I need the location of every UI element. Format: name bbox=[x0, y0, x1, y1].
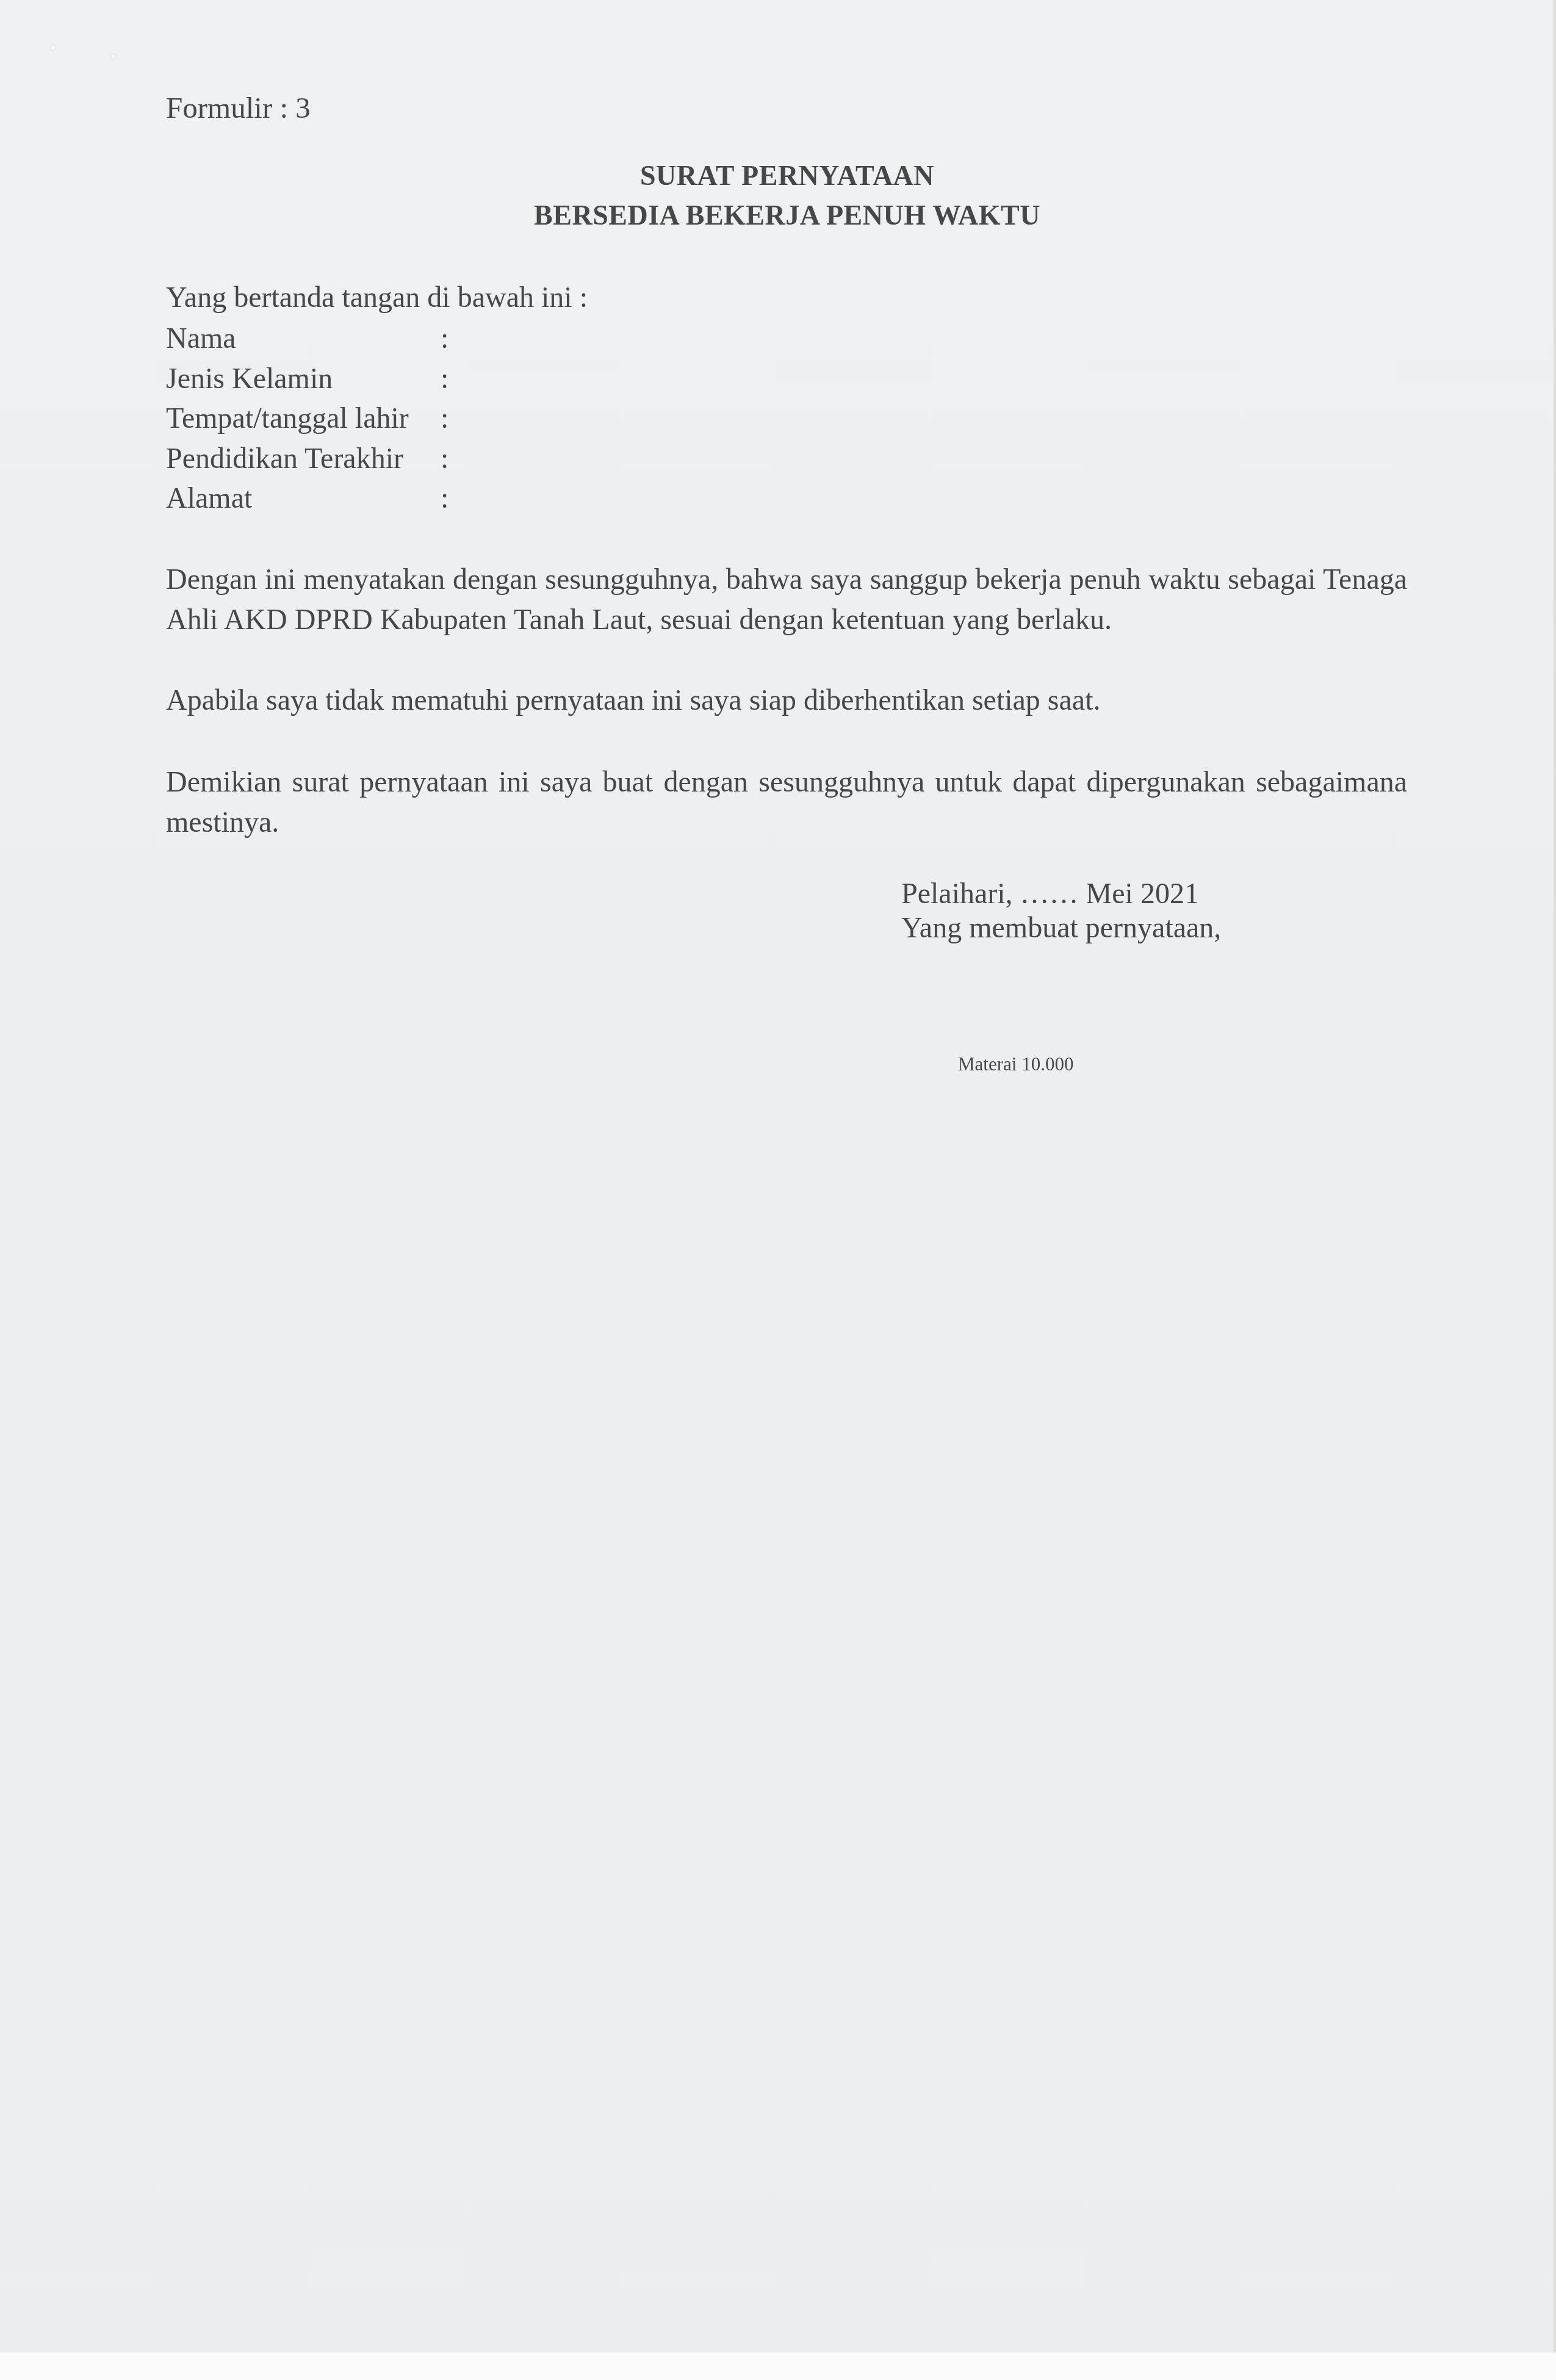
field-label: Tempat/tanggal lahir bbox=[166, 404, 409, 433]
field-separator: : bbox=[441, 404, 448, 433]
document-title: SURAT PERNYATAAN bbox=[0, 162, 1556, 190]
signer-label: Yang membuat pernyataan, bbox=[901, 914, 1221, 943]
field-label: Alamat bbox=[166, 484, 252, 513]
consequence-paragraph: Apabila saya tidak mematuhi pernyataan i… bbox=[166, 680, 1407, 721]
staple-hole-icon bbox=[110, 54, 117, 60]
field-separator: : bbox=[441, 364, 448, 394]
field-separator: : bbox=[441, 324, 448, 353]
scan-edge-shadow bbox=[1553, 0, 1556, 2353]
form-number: Formulir : 3 bbox=[166, 93, 311, 123]
intro-text: Yang bertanda tangan di bawah ini : bbox=[166, 283, 588, 312]
field-separator: : bbox=[441, 484, 448, 513]
stamp-duty-label: Materai 10.000 bbox=[958, 1055, 1073, 1073]
field-label: Pendidikan Terakhir bbox=[166, 444, 403, 474]
place-date: Pelaihari, …… Mei 2021 bbox=[901, 879, 1199, 909]
field-separator: : bbox=[441, 444, 448, 474]
field-label: Jenis Kelamin bbox=[166, 364, 333, 394]
staple-hole-icon bbox=[50, 45, 56, 51]
document-subtitle: BERSEDIA BEKERJA PENUH WAKTU bbox=[0, 201, 1556, 229]
statement-paragraph: Dengan ini menyatakan dengan sesungguhny… bbox=[166, 560, 1407, 640]
closing-paragraph: Demikian surat pernyataan ini saya buat … bbox=[166, 762, 1407, 843]
scan-bottom-margin bbox=[0, 2353, 1556, 2380]
field-label: Nama bbox=[166, 324, 236, 353]
